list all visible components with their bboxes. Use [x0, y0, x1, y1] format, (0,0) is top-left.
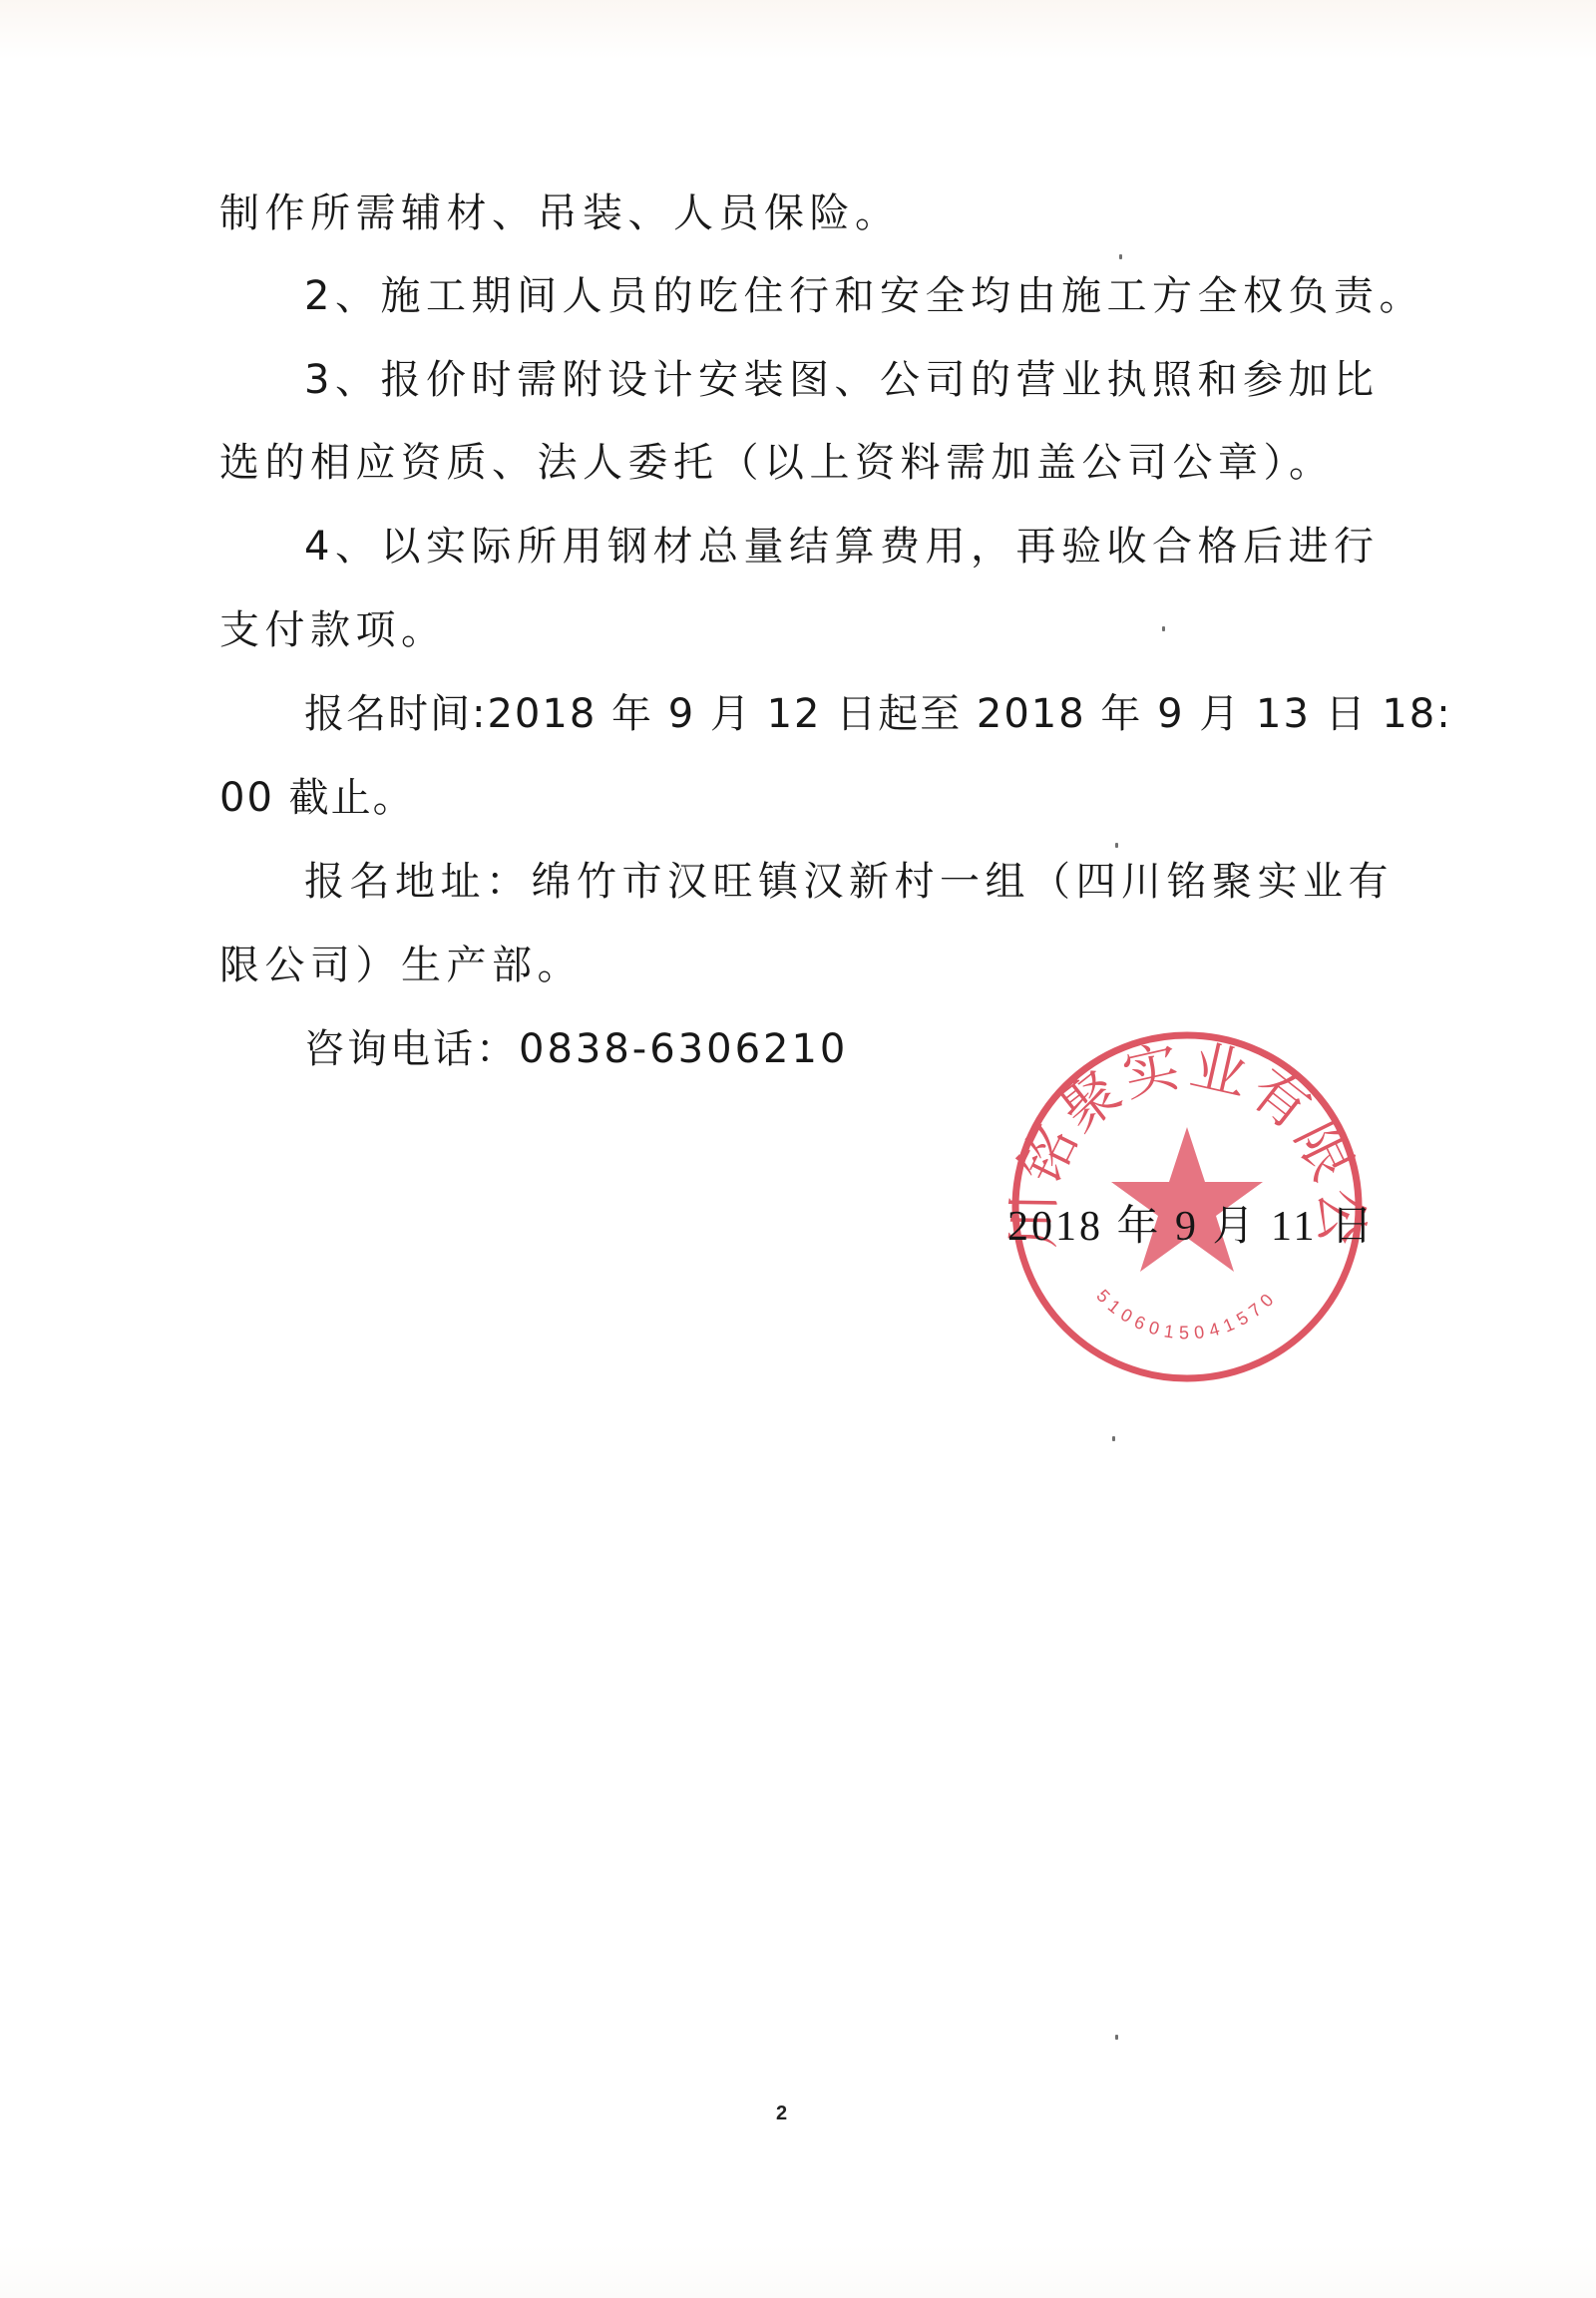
registration-time-line-2: 00 截止。 [219, 774, 415, 822]
registration-time-line-1: 报名时间:2018 年 9 月 12 日起至 2018 年 9 月 13 日 1… [304, 690, 1452, 738]
clause-4-line-1: 4、以实际所用钢材总量结算费用，再验收合格后进行 [304, 523, 1379, 571]
document-page: 制作所需辅材、吊装、人员保险。 2、施工期间人员的吃住行和安全均由施工方全权负责… [0, 0, 1596, 2298]
scan-speck [1112, 1436, 1115, 1441]
scan-speck [1119, 254, 1122, 259]
paragraph-continuation-line: 制作所需辅材、吊装、人员保险。 [219, 190, 901, 237]
registration-address-line-2: 限公司）生产部。 [219, 942, 583, 989]
scan-speck [1115, 2035, 1118, 2040]
svg-text:5106015041570: 5106015041570 [1092, 1286, 1281, 1342]
stamp-code: 5106015041570 [1092, 1286, 1281, 1342]
signature-date: 2018 年 9 月 11 日 [1007, 1202, 1376, 1252]
scan-speck [1162, 626, 1165, 631]
clause-2: 2、施工期间人员的吃住行和安全均由施工方全权负责。 [304, 272, 1424, 320]
clause-3-line-1: 3、报价时需附设计安装图、公司的营业执照和参加比 [304, 356, 1379, 404]
registration-address-line-1: 报名地址：绵竹市汉旺镇汉新村一组（四川铭聚实业有 [304, 858, 1394, 906]
clause-4-line-2: 支付款项。 [219, 606, 447, 654]
page-number: 2 [776, 2103, 787, 2125]
scan-speck [1115, 843, 1118, 848]
clause-3-line-2: 选的相应资质、法人委托（以上资料需加盖公司公章）。 [219, 439, 1335, 487]
contact-phone: 咨询电话：0838-6306210 [304, 1025, 848, 1073]
